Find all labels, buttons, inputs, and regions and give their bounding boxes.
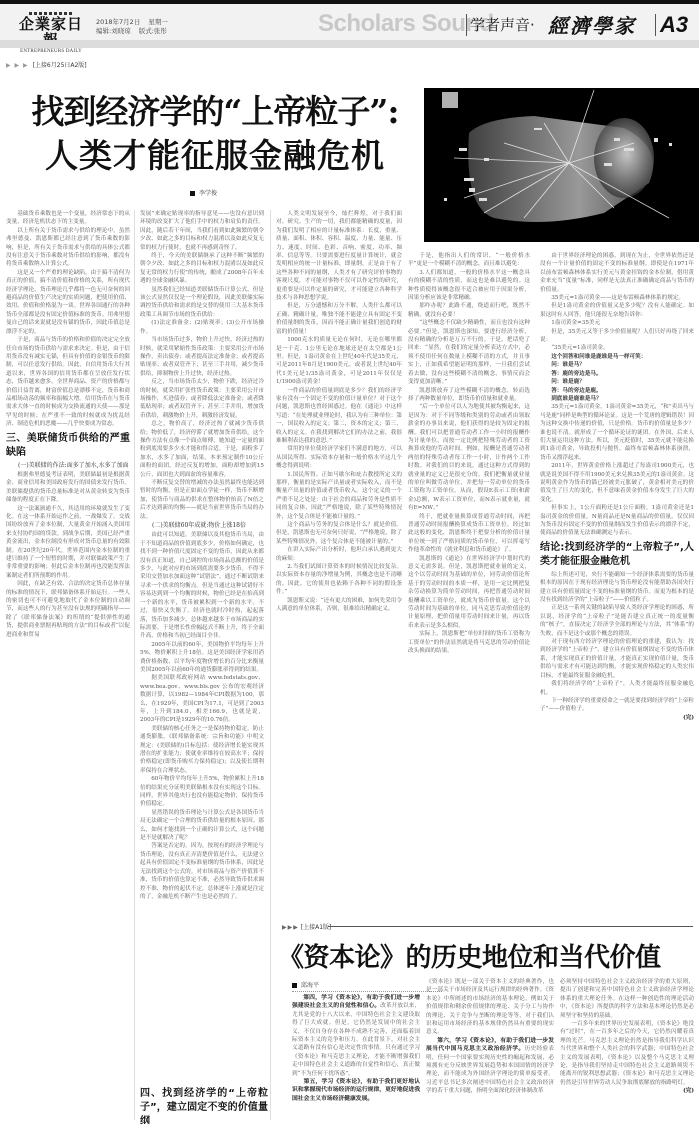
article-column-1: 基础货币乘数也是一个变量，经济常态下的从变量，经济危机状态下的主变量。 以上所有…: [6, 210, 130, 908]
article-2-headline: 《资本论》的历史地位和当代价值: [278, 940, 698, 976]
poem-line: 这个回答和问谁是鹿谁是马一样可笑：: [540, 353, 694, 361]
article-2-column-1: 第四，学习《资本论》，有助于我们进一步增强建设社会主义的自觉性和信心。改革开放以…: [292, 994, 420, 1124]
column-divider: [270, 210, 271, 1120]
article-headline: 找到经济学的“上帝粒子”: 人类才能征服金融危机: [10, 90, 420, 178]
poem-line: 到底谁是鹿谁是马？: [540, 395, 694, 403]
section-name-cn: 学者声音·: [470, 14, 535, 35]
brand-calligraphy: 經濟學家: [548, 10, 636, 39]
arrow-icons: ▶▶▶: [282, 924, 299, 931]
layout-credit: 版式:张彤: [139, 27, 167, 35]
poem-line: 答：马的旁边是鹿。: [540, 387, 694, 395]
page-number: A3: [660, 12, 688, 38]
horizontal-rule: [328, 926, 693, 927]
continued-from-note: ▶ ▶ ▶ [上接6月25日A2版]: [6, 60, 87, 69]
poem-line: 问：谁是马？: [540, 361, 694, 369]
end-mark: (完): [560, 1087, 694, 1095]
higgs-boson-photo: [424, 88, 699, 242]
article-column-3: 人类文明发展至今，灿烂辉煌，对于我们面对、研究、生产的一切，我们都能精确的度量，…: [276, 210, 402, 916]
newspaper-logo: 企業家日報 ENTREPRENEURS DAILY: [16, 12, 86, 42]
end-mark: (完): [540, 714, 694, 722]
section-heading-3: 三、美联储货币供给的严重缺陷: [6, 432, 130, 460]
section-heading-4: 四、找到经济学的“上帝粒子”，建立固定不变的价值量纲: [140, 1087, 268, 1124]
conclusion-heading: 结论:找到经济学的“上帝粒子”,人类才能征服金融危机: [540, 541, 694, 569]
article-2-column-2: 《资本论》既是一部关于资本主义的经典著作，也是一部关于市场经济及其运行规律的经典…: [426, 978, 554, 1124]
section-4-heading-box: 四、找到经济学的“上帝粒子”，建立固定不变的价值量纲: [140, 1084, 268, 1124]
square-bullet-icon: [190, 191, 195, 196]
article-2-column-3: 必须坚持中国特色社会主义政治经济学的重大原则，提出了创建和完善中国特色社会主义政…: [560, 978, 694, 1124]
section-name-en: Scholars Sound: [318, 10, 494, 38]
continued-from-note-2: ▶▶▶ [上接A1版]: [282, 922, 692, 931]
masthead-underbar: [0, 40, 699, 48]
separator: [466, 14, 467, 36]
author-name: 李学俊: [199, 190, 217, 197]
subsection-heading-1: (一)美联储的作法:面多了加水,水多了加面: [6, 462, 130, 470]
logo-en: ENTREPRENEURS DAILY: [16, 48, 86, 55]
article-column-4: 于是，他指出人们的常识，“一般价格水平”更是一个模糊不清的概念，而且难以避免： …: [408, 252, 530, 916]
poem-line: 问：谁是鹿？: [540, 378, 694, 386]
issue-date: 2018年7月2日: [96, 18, 140, 26]
subsection-heading-2: (二)美联储60年成就:物价上涨18倍: [140, 522, 264, 530]
particle-collision-image: [424, 88, 699, 242]
byline-2: 邱海平: [292, 980, 442, 992]
masthead: 企業家日報 ENTREPRENEURS DAILY 2018年7月2日星期一 编…: [0, 4, 699, 40]
square-bullet-icon: [292, 983, 297, 988]
issue-meta: 2018年7月2日星期一 编辑:刘晓琼版式:张彤: [96, 18, 176, 36]
issue-weekday: 星期一: [148, 18, 168, 26]
poem-line: 答：鹿的旁边是马。: [540, 370, 694, 378]
separator: [655, 14, 656, 36]
article-column-2: 发展”来确定贴现率的指导意见——也没有意识到环境的改变扩大了他们手中的权力和肩负…: [140, 210, 264, 1080]
arrow-icons: ▶ ▶ ▶: [6, 62, 29, 69]
editor-credit: 编辑:刘晓琼: [96, 27, 131, 35]
column-divider: [134, 210, 135, 1120]
article-column-5: 由于世界经济理论的困惑，到现在为止，全世界依然还是没有一个计量价值的固定不变的标…: [540, 252, 694, 916]
author-name: 邱海平: [301, 982, 319, 989]
byline: 李学俊: [190, 188, 217, 197]
